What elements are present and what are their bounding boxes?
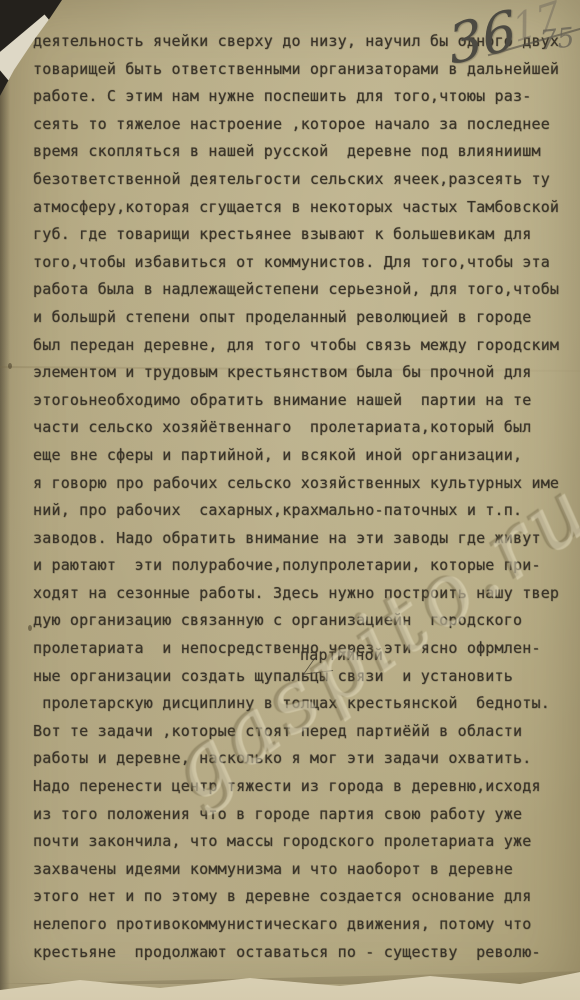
text-line: Надо перенести центр тяжести из города в… — [0, 773, 580, 801]
text-line: элементом и трудовым крестьянством была … — [0, 359, 580, 387]
text-line: губ. где товарищи крестьянее взывают к б… — [0, 221, 580, 249]
text-line: из того положения что в городе партия св… — [0, 801, 580, 829]
text-line: безответственной деятельгости сельских я… — [0, 166, 580, 194]
text-line: ные организации создать щупальцы связи и… — [0, 663, 580, 691]
text-line: захвачены идеями коммунизма и что наобор… — [0, 856, 580, 884]
text-line: этогоьнеобходимо обратить внимание нашей… — [0, 387, 580, 415]
typed-document-page: деятельность ячейки сверху до низу, науч… — [0, 0, 580, 1000]
text-line: дую организацию связанную с организацией… — [0, 607, 580, 635]
text-line: Вот те задачи ,которые стоят перед парти… — [0, 718, 580, 746]
text-line: работы и деревне, насколько я мог эти за… — [0, 745, 580, 773]
text-line: пролетариата и непосредственно через эти… — [0, 635, 580, 663]
text-line: атмосферу,которая сгущается в некоторых … — [0, 194, 580, 222]
text-line: пролетарскую дисциплину в толщах крестья… — [0, 690, 580, 718]
page-number-pencil: 75 — [538, 22, 575, 56]
text-line: работа была в надлежащейстепени серьезно… — [0, 276, 580, 304]
text-line: я говорю про рабочих сельско хозяйственн… — [0, 470, 580, 498]
text-line: части сельско хозяйётвеннаго пролетариат… — [0, 414, 580, 442]
text-line: почти закончила, что массы городского пр… — [0, 828, 580, 856]
text-line: и раютают эти полурабочие,полупролетарии… — [0, 552, 580, 580]
text-line: сеять то тяжелое настроение ,которое нач… — [0, 111, 580, 139]
text-line: крестьяне продолжают оставаться по - сущ… — [0, 939, 580, 967]
ink-speck — [28, 625, 32, 631]
text-line: того,чтобы избавиться от коммунистов. Дл… — [0, 249, 580, 277]
text-line: еще вне сферы и партийной, и всякой иной… — [0, 442, 580, 470]
ink-speck — [8, 363, 12, 369]
text-line: ходят на сезонные работы. Здесь нужно по… — [0, 580, 580, 608]
text-line: ний, про рабочих сахарных,крахмально-пат… — [0, 497, 580, 525]
document-lines: деятельность ячейки сверху до низу, науч… — [0, 28, 580, 966]
text-line: был передан деревне, для того чтобы связ… — [0, 332, 580, 360]
text-line: работе. С этим нам нужне поспешить для т… — [0, 83, 580, 111]
text-line: нелепого противокоммунистическаго движен… — [0, 911, 580, 939]
text-line: заводов. Надо обратить внимание на эти з… — [0, 525, 580, 553]
text-line: время скопляться в нашей русской деревне… — [0, 138, 580, 166]
text-line: этого нет и по этому в деревне создается… — [0, 883, 580, 911]
text-line: и большрй степени опыт проделанный револ… — [0, 304, 580, 332]
